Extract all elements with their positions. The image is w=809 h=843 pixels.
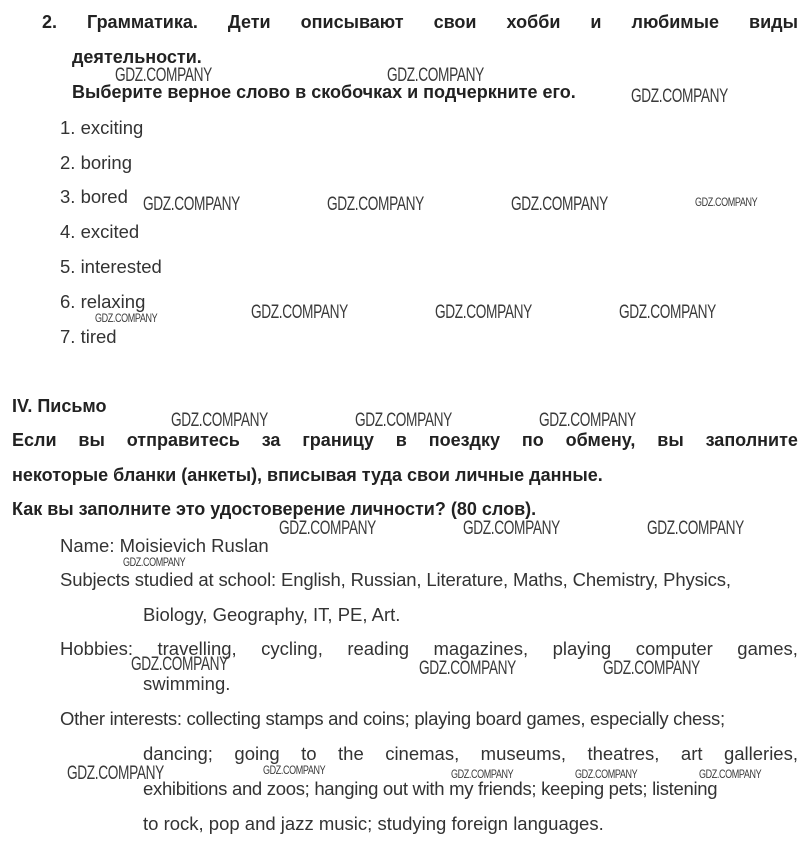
form-other-line-2: dancing; going to the cinemas, museums, … <box>143 743 798 765</box>
answer-item: 3. bored <box>60 186 128 208</box>
watermark: GDZ.COMPANY <box>419 658 516 680</box>
watermark: GDZ.COMPANY <box>131 654 228 676</box>
watermark: GDZ.COMPANY <box>355 410 452 432</box>
watermark: GDZ.COMPANY <box>647 518 744 540</box>
watermark: GDZ.COMPANY <box>695 195 757 209</box>
answer-item: 2. boring <box>60 152 132 174</box>
watermark: GDZ.COMPANY <box>263 763 325 777</box>
watermark: GDZ.COMPANY <box>171 410 268 432</box>
section-2-heading-line-1: 2. Грамматика. Дети описывают свои хобби… <box>42 12 798 33</box>
watermark: GDZ.COMPANY <box>511 194 608 216</box>
watermark: GDZ.COMPANY <box>603 658 700 680</box>
form-hobbies-line-2: swimming. <box>143 673 230 695</box>
watermark: GDZ.COMPANY <box>539 410 636 432</box>
watermark: GDZ.COMPANY <box>463 518 560 540</box>
watermark: GDZ.COMPANY <box>95 311 157 325</box>
answer-item: 4. excited <box>60 221 139 243</box>
answer-item: 6. relaxing <box>60 291 145 313</box>
answer-item: 1. exciting <box>60 117 143 139</box>
watermark: GDZ.COMPANY <box>575 767 637 781</box>
watermark: GDZ.COMPANY <box>143 194 240 216</box>
section-4-intro-line-2: некоторые бланки (анкеты), вписывая туда… <box>12 465 603 486</box>
watermark: GDZ.COMPANY <box>699 767 761 781</box>
watermark: GDZ.COMPANY <box>115 65 212 87</box>
section-4-title: IV. Письмо <box>12 396 107 417</box>
watermark: GDZ.COMPANY <box>631 86 728 108</box>
section-4-question: Как вы заполните это удостоверение лично… <box>12 499 536 520</box>
form-other-line-3: exhibitions and zoos; hanging out with m… <box>143 778 717 800</box>
watermark: GDZ.COMPANY <box>435 302 532 324</box>
watermark: GDZ.COMPANY <box>619 302 716 324</box>
watermark: GDZ.COMPANY <box>327 194 424 216</box>
watermark: GDZ.COMPANY <box>279 518 376 540</box>
watermark: GDZ.COMPANY <box>123 555 185 569</box>
form-other-line-4: to rock, pop and jazz music; studying fo… <box>143 813 604 835</box>
watermark: GDZ.COMPANY <box>387 65 484 87</box>
watermark: GDZ.COMPANY <box>451 767 513 781</box>
answer-item: 7. tired <box>60 326 117 348</box>
form-subjects-line-2: Biology, Geography, IT, PE, Art. <box>143 604 400 626</box>
form-subjects-line-1: Subjects studied at school: English, Rus… <box>60 569 731 591</box>
section-number: 2. <box>42 12 57 33</box>
answer-item: 5. interested <box>60 256 162 278</box>
watermark: GDZ.COMPANY <box>67 763 164 785</box>
form-other-line-1: Other interests: collecting stamps and c… <box>60 708 725 730</box>
section-4-intro-line-1: Если вы отправитесь за границу в поездку… <box>12 430 798 451</box>
form-name: Name: Moisievich Ruslan <box>60 535 269 557</box>
watermark: GDZ.COMPANY <box>251 302 348 324</box>
